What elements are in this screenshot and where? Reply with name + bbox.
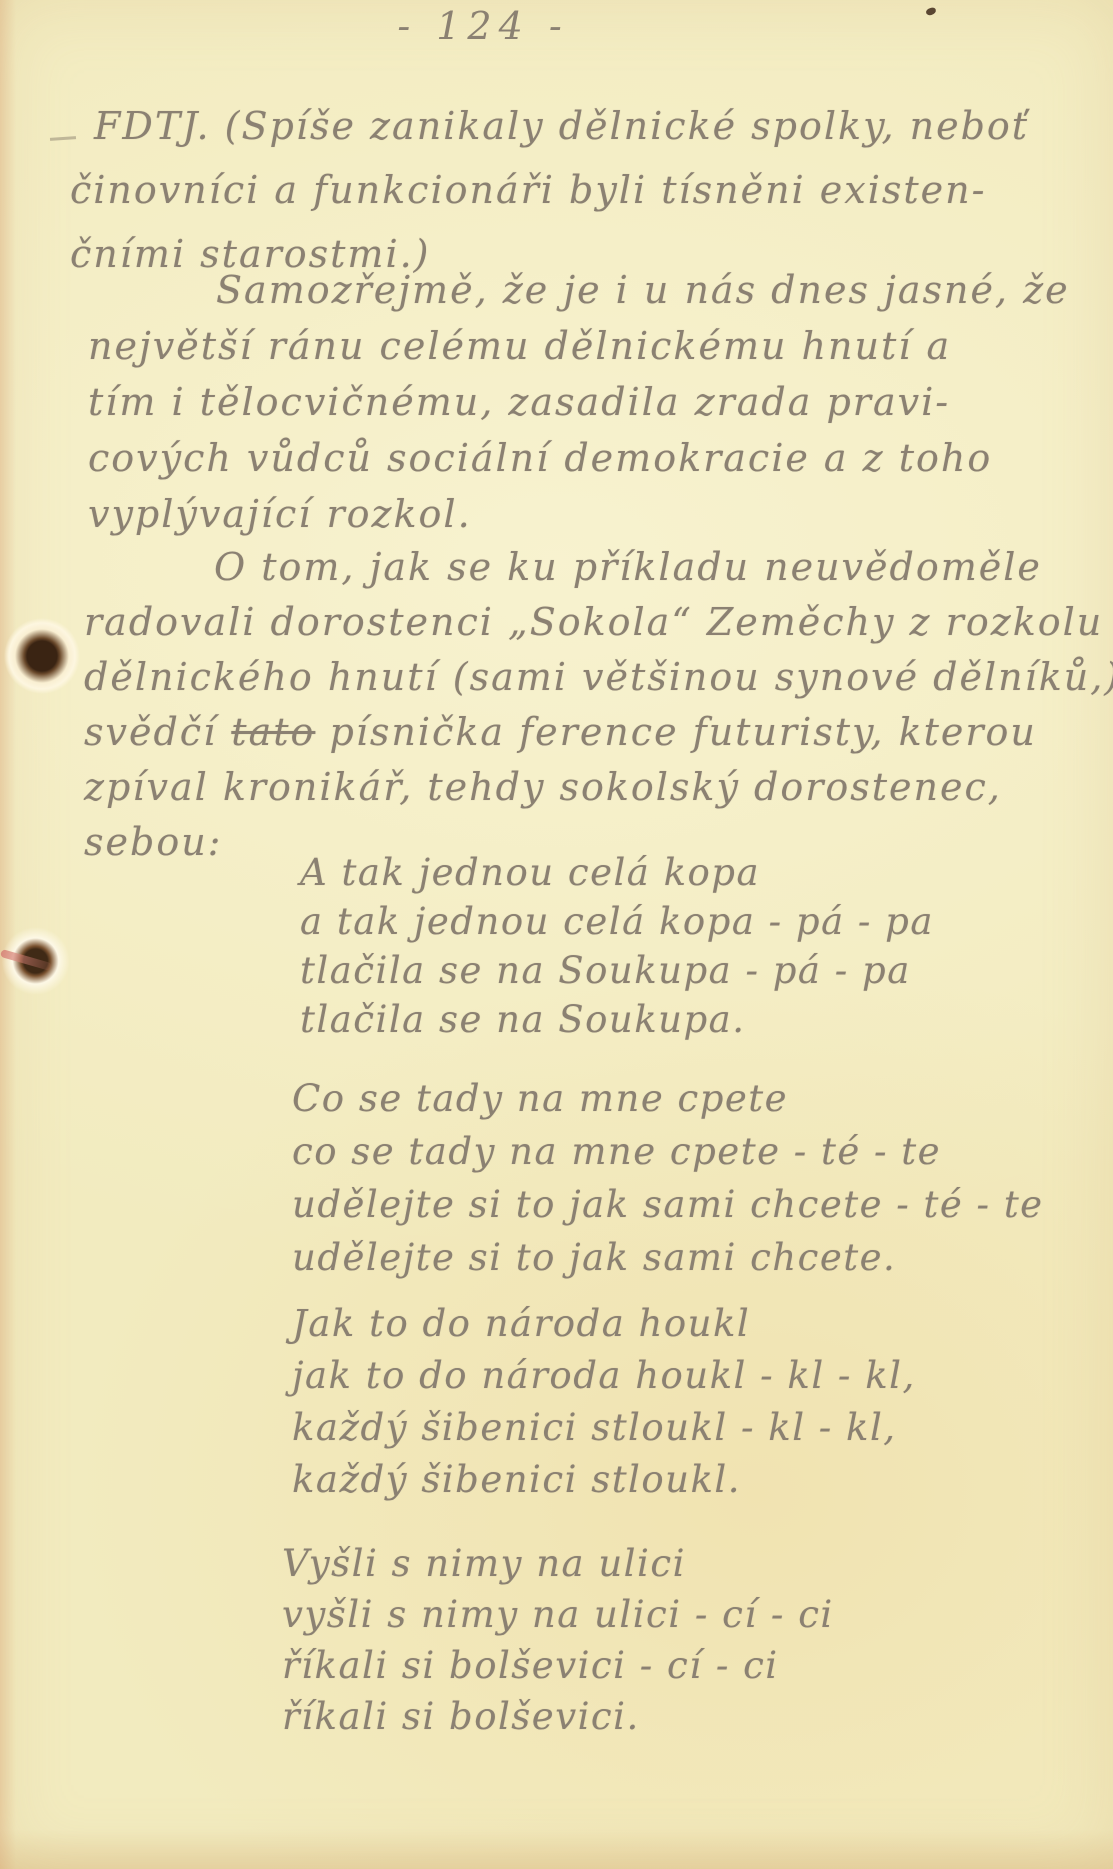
verse-line: a tak jednou celá kopa - pá - pa [300, 897, 934, 946]
text-line: FDTJ. (Spíše zanikaly dělnické spolky, n… [70, 94, 1029, 158]
text-line: tím i tělocvičnému, zasadila zrada pravi… [88, 374, 1070, 430]
verse-line: říkali si bolševici - cí - ci [282, 1640, 834, 1691]
verse-line: co se tady na mne cpete - té - te [292, 1125, 1044, 1178]
text-line: O tom, jak se ku příkladu neuvědoměle [84, 540, 1113, 595]
song-verse-3: Jak to do národa houkl jak to do národa … [292, 1298, 916, 1506]
verse-line: vyšli s nimy na ulici - cí - ci [282, 1589, 834, 1640]
text-line: Samozřejmě, že je i u nás dnes jasné, že [88, 262, 1070, 318]
text-line: zpíval kronikář, tehdy sokolský dorosten… [84, 760, 1113, 815]
text-line: největší ránu celému dělnickému hnutí a [88, 318, 1070, 374]
page-number: - 124 - [358, 4, 608, 48]
text-line: činovníci a funkcionáři byli tísněni exi… [70, 158, 1029, 222]
paragraph-o-tom: O tom, jak se ku příkladu neuvědoměle ra… [84, 540, 1113, 870]
paragraph-samozrejme: Samozřejmě, že je i u nás dnes jasné, že… [88, 262, 1070, 542]
verse-line: Jak to do národa houkl [292, 1298, 916, 1350]
verse-line: jak to do národa houkl - kl - kl, [292, 1350, 916, 1402]
text-segment: svědčí [84, 710, 231, 754]
verse-line: udělejte si to jak sami chcete. [292, 1231, 1044, 1284]
text-line: cových vůdců sociální demokracie a z toh… [88, 430, 1070, 486]
verse-line: A tak jednou celá kopa [300, 848, 934, 897]
verse-line: říkali si bolševici. [282, 1691, 834, 1742]
verse-line: tlačila se na Soukupa - pá - pa [300, 946, 934, 995]
verse-line: tlačila se na Soukupa. [300, 995, 934, 1044]
manuscript-page-scan: - 124 - FDTJ. (Spíše zanikaly dělnické s… [0, 0, 1113, 1869]
verse-line: Vyšli s nimy na ulici [282, 1538, 834, 1589]
text-segment: písnička ference futuristy, kterou [315, 710, 1037, 754]
struck-word: tato [231, 710, 315, 754]
song-verse-4: Vyšli s nimy na ulici vyšli s nimy na ul… [282, 1538, 834, 1742]
verse-line: každý šibenici stloukl - kl - kl, [292, 1402, 916, 1454]
song-verse-1: A tak jednou celá kopa a tak jednou celá… [300, 848, 934, 1044]
paragraph-fdtj: FDTJ. (Spíše zanikaly dělnické spolky, n… [70, 94, 1029, 286]
text-line: vyplývající rozkol. [88, 486, 1070, 542]
verse-line: Co se tady na mne cpete [292, 1072, 1044, 1125]
verse-line: udělejte si to jak sami chcete - té - te [292, 1178, 1044, 1231]
song-verse-2: Co se tady na mne cpete co se tady na mn… [292, 1072, 1044, 1284]
text-line: dělnického hnutí (sami většinou synové d… [84, 650, 1113, 705]
text-line: radovali dorostenci „Sokola“ Zeměchy z r… [84, 595, 1113, 650]
verse-line: každý šibenici stloukl. [292, 1454, 916, 1506]
text-line-with-strikethrough: svědčí tato písnička ference futuristy, … [84, 705, 1113, 760]
punch-hole-top [4, 618, 80, 694]
ink-speck [925, 7, 936, 16]
